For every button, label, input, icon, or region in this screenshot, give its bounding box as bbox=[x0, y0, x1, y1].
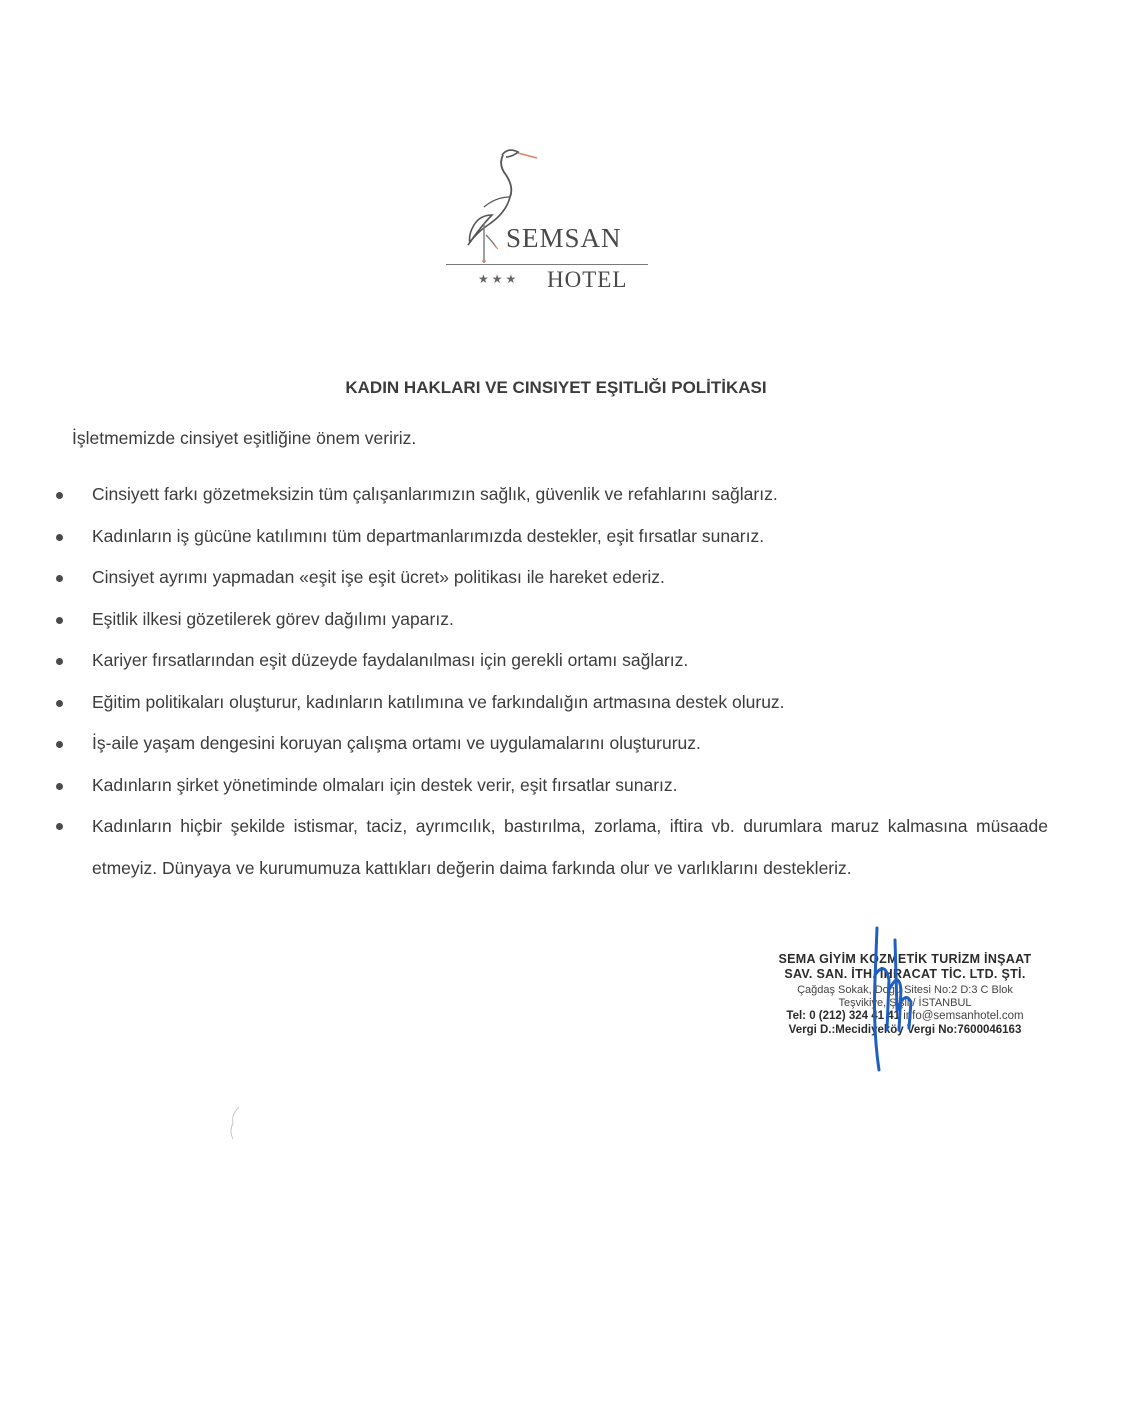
star-rating-icon: ★★★ bbox=[478, 272, 519, 286]
logo-subtitle: HOTEL bbox=[547, 267, 627, 293]
bullet-icon bbox=[56, 700, 63, 707]
intro-paragraph: İşletmemizde cinsiyet eşitliğine önem ve… bbox=[72, 428, 416, 449]
bullet-icon bbox=[56, 658, 63, 665]
bullet-icon bbox=[56, 575, 63, 582]
bullet-icon bbox=[56, 534, 63, 541]
policy-list: Cinsiyett farkı gözetmeksizin tüm çalışa… bbox=[56, 480, 1048, 889]
bullet-icon bbox=[56, 492, 63, 499]
signature-icon bbox=[855, 920, 925, 1080]
list-item: Kadınların hiçbir şekilde istismar, taci… bbox=[56, 805, 1048, 889]
scan-mark-icon bbox=[225, 1105, 245, 1145]
list-item: Cinsiyet ayrımı yapmadan «eşit işe eşit … bbox=[56, 563, 1048, 605]
list-item: Cinsiyett farkı gözetmeksizin tüm çalışa… bbox=[56, 480, 1048, 522]
hotel-logo: SEMSAN ★★★ HOTEL bbox=[440, 135, 660, 300]
list-item: Eğitim politikaları oluşturur, kadınları… bbox=[56, 688, 1048, 730]
bullet-icon bbox=[56, 783, 63, 790]
list-item: Kadınların iş gücüne katılımını tüm depa… bbox=[56, 522, 1048, 564]
bullet-icon bbox=[56, 741, 63, 748]
bullet-icon bbox=[56, 617, 63, 624]
list-item: İş-aile yaşam dengesini koruyan çalışma … bbox=[56, 729, 1048, 771]
list-item: Eşitlik ilkesi gözetilerek görev dağılım… bbox=[56, 605, 1048, 647]
list-item: Kariyer fırsatlarından eşit düzeyde fayd… bbox=[56, 646, 1048, 688]
bullet-icon bbox=[56, 823, 63, 830]
logo-divider bbox=[446, 264, 648, 265]
document-title: KADIN HAKLARI VE CINSIYET EŞITLIĞI POLİT… bbox=[0, 378, 1112, 398]
logo-name: SEMSAN bbox=[506, 223, 622, 254]
